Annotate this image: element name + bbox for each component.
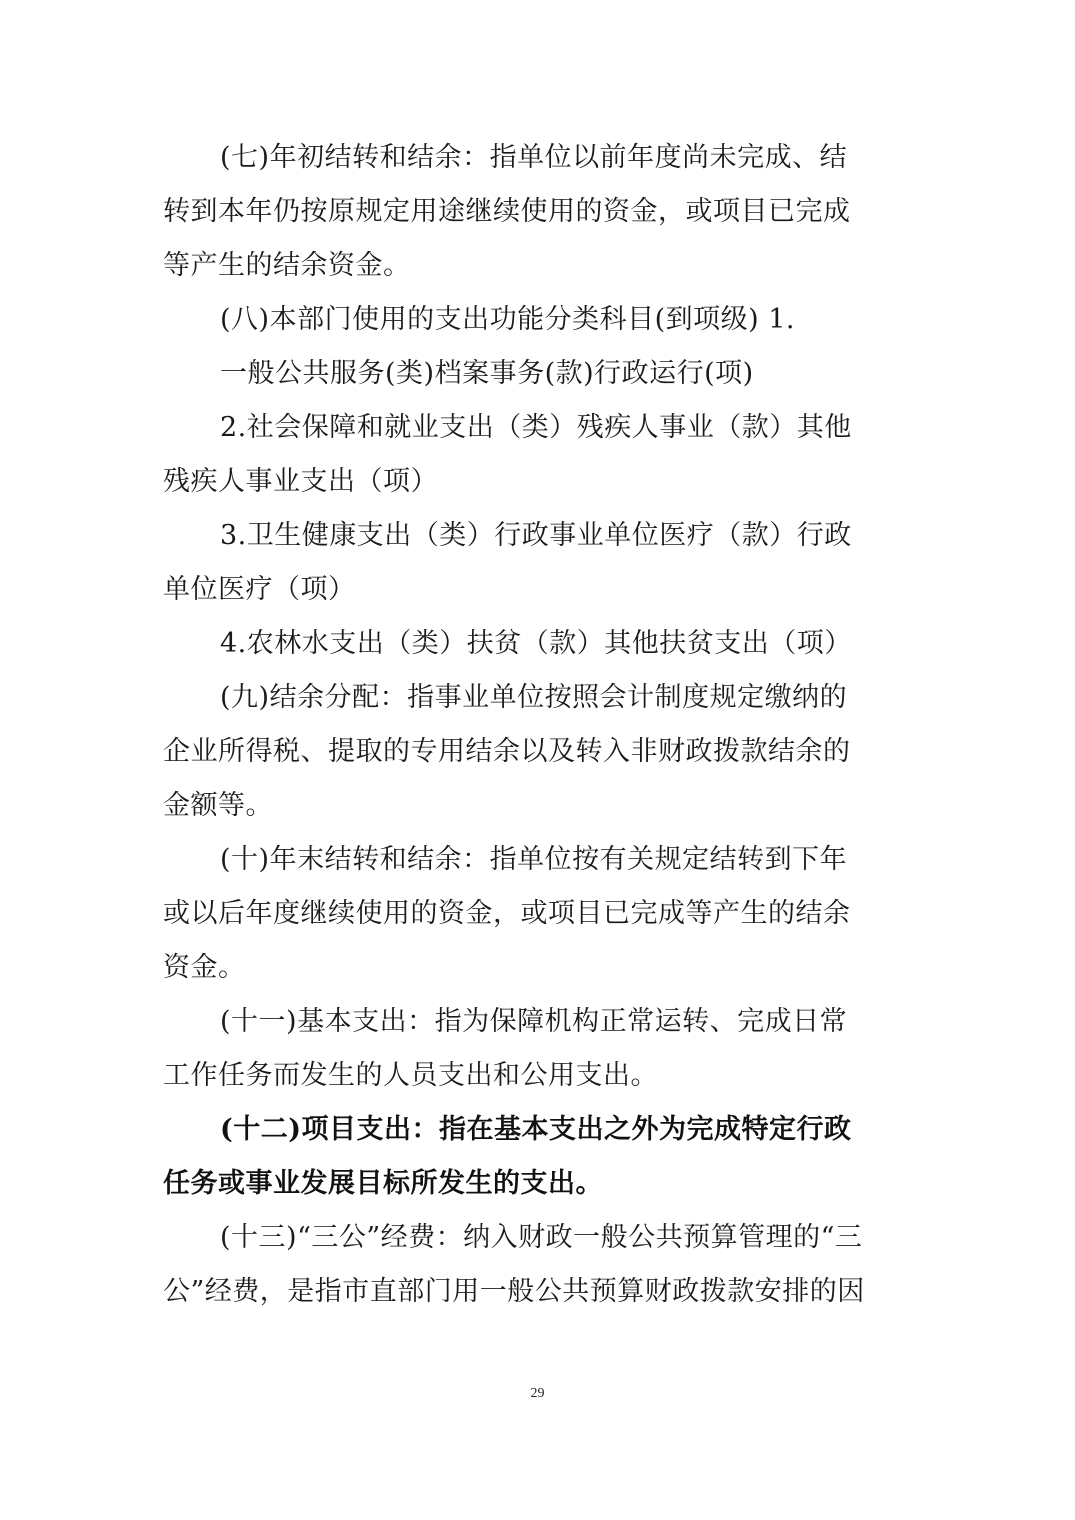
paragraph-10-line-3: 资金。 bbox=[163, 946, 885, 1000]
paragraph-13-line-2: 公”经费，是指市直部门用一般公共预算财政拨款安排的因 bbox=[163, 1270, 885, 1324]
paragraph-8-item-1: 一般公共服务(类)档案事务(款)行政运行(项) bbox=[163, 352, 885, 406]
paragraph-8-item-2-line-1: 2.社会保障和就业支出（类）残疾人事业（款）其他 bbox=[163, 406, 885, 460]
paragraph-9-line-1: (九)结余分配：指事业单位按照会计制度规定缴纳的 bbox=[163, 676, 885, 730]
paragraph-13-line-1: (十三)“三公”经费：纳入财政一般公共预算管理的“三 bbox=[163, 1216, 885, 1270]
paragraph-11-line-1: (十一)基本支出：指为保障机构正常运转、完成日常 bbox=[163, 1000, 885, 1054]
paragraph-7-line-3: 等产生的结余资金。 bbox=[163, 244, 885, 298]
paragraph-10-line-1: (十)年末结转和结余：指单位按有关规定结转到下年 bbox=[163, 838, 885, 892]
page-number: 29 bbox=[0, 1386, 1075, 1402]
document-page: (七)年初结转和结余：指单位以前年度尚未完成、结 转到本年仍按原规定用途继续使用… bbox=[163, 136, 885, 1324]
paragraph-12-line-1: (十二)项目支出：指在基本支出之外为完成特定行政 bbox=[163, 1108, 885, 1162]
paragraph-7-line-2: 转到本年仍按原规定用途继续使用的资金，或项目已完成 bbox=[163, 190, 885, 244]
paragraph-9-line-2: 企业所得税、提取的专用结余以及转入非财政拨款结余的 bbox=[163, 730, 885, 784]
paragraph-11-line-2: 工作任务而发生的人员支出和公用支出。 bbox=[163, 1054, 885, 1108]
paragraph-8-line-1: (八)本部门使用的支出功能分类科目(到项级) 1. bbox=[163, 298, 885, 352]
paragraph-10-line-2: 或以后年度继续使用的资金，或项目已完成等产生的结余 bbox=[163, 892, 885, 946]
paragraph-9-line-3: 金额等。 bbox=[163, 784, 885, 838]
paragraph-8-item-3-line-2: 单位医疗（项） bbox=[163, 568, 885, 622]
paragraph-12-line-2: 任务或事业发展目标所发生的支出。 bbox=[163, 1162, 885, 1216]
paragraph-8-item-2-line-2: 残疾人事业支出（项） bbox=[163, 460, 885, 514]
paragraph-8-item-3-line-1: 3.卫生健康支出（类）行政事业单位医疗（款）行政 bbox=[163, 514, 885, 568]
paragraph-8-item-4: 4.农林水支出（类）扶贫（款）其他扶贫支出（项） bbox=[163, 622, 885, 676]
paragraph-7-line-1: (七)年初结转和结余：指单位以前年度尚未完成、结 bbox=[163, 136, 885, 190]
